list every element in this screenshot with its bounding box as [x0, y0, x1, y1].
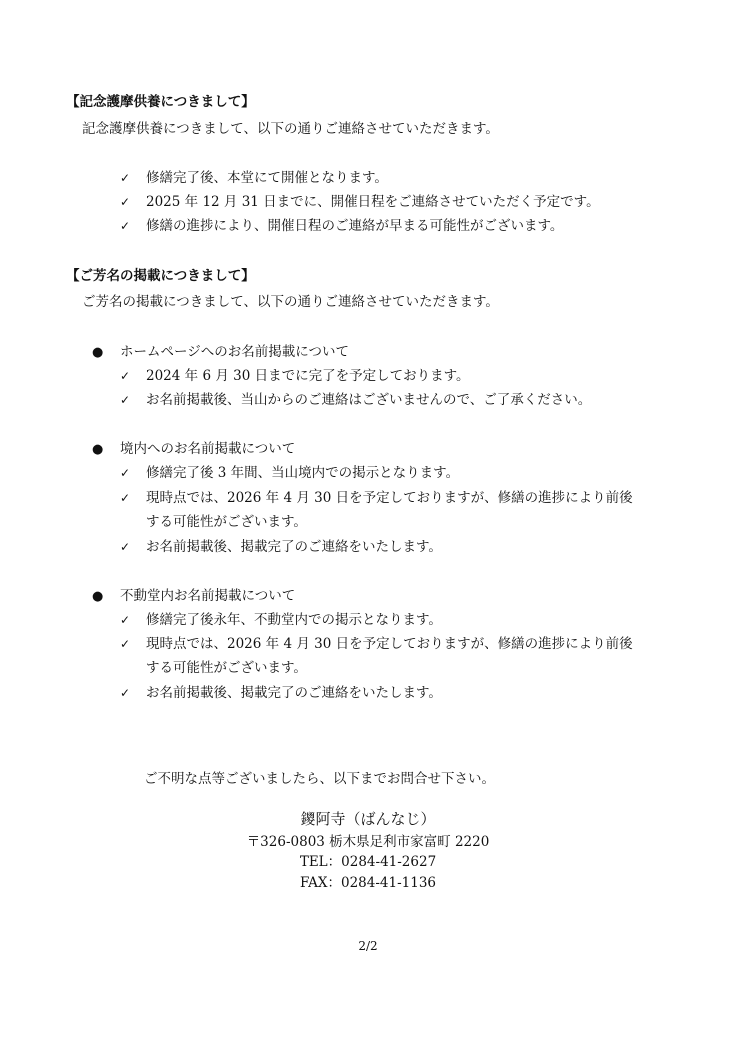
check-item: ✓修繕完了後、本堂にて開催となります。 — [120, 172, 388, 186]
check-item-continuation: する可能性がございます。 — [146, 516, 307, 530]
check-icon: ✓ — [120, 492, 146, 504]
section-heading-memorial-service: 【記念護摩供養につきまして】 — [66, 96, 255, 110]
check-item: ✓修繕の進捗により、開催日程のご連絡が早まる可能性がございます。 — [120, 220, 563, 234]
section-intro: ご芳名の掲載につきまして、以下の通りご連絡させていただきます。 — [82, 296, 499, 310]
check-item: ✓修繕完了後 3 年間、当山境内での掲示となります。 — [120, 467, 459, 481]
check-icon: ✓ — [120, 172, 146, 184]
bullet-icon: ● — [92, 346, 120, 359]
check-icon: ✓ — [120, 394, 146, 406]
document-page: 【記念護摩供養につきまして】 記念護摩供養につきまして、以下の通りご連絡させてい… — [0, 0, 736, 1041]
check-item: ✓お名前掲載後、当山からのご連絡はございませんので、ご了承ください。 — [120, 394, 591, 408]
check-icon: ✓ — [120, 541, 146, 553]
check-icon: ✓ — [120, 638, 146, 650]
contact-lead: ご不明な点等ございましたら、以下までお問合せ下さい。 — [144, 773, 495, 787]
check-icon: ✓ — [120, 196, 146, 208]
bullet-icon: ● — [92, 443, 120, 456]
temple-address: 〒326-0803 栃木県足利市家富町 2220 — [0, 836, 736, 850]
temple-name: 鑁阿寺（ばんなじ） — [0, 812, 736, 827]
check-icon: ✓ — [120, 370, 146, 382]
check-icon: ✓ — [120, 467, 146, 479]
bullet-icon: ● — [92, 590, 120, 603]
check-item: ✓お名前掲載後、掲載完了のご連絡をいたします。 — [120, 687, 442, 701]
check-item-continuation: する可能性がございます。 — [146, 662, 307, 676]
page-number: 2/2 — [0, 940, 736, 952]
check-item: ✓2025 年 12 月 31 日までに、開催日程をご連絡させていただく予定です… — [120, 196, 600, 210]
check-icon: ✓ — [120, 220, 146, 232]
bullet-group-title: ●ホームページへのお名前掲載について — [92, 346, 349, 360]
bullet-group-title: ●境内へのお名前掲載について — [92, 443, 295, 457]
bullet-group-title: ●不動堂内お名前掲載について — [92, 590, 295, 604]
check-item: ✓現時点では、2026 年 4 月 30 日を予定しておりますが、修繕の進捗によ… — [120, 638, 633, 652]
check-item: ✓お名前掲載後、掲載完了のご連絡をいたします。 — [120, 541, 442, 555]
section-heading-name-listing: 【ご芳名の掲載につきまして】 — [66, 270, 255, 284]
check-item: ✓2024 年 6 月 30 日までに完了を予定しております。 — [120, 370, 470, 384]
check-item: ✓修繕完了後永年、不動堂内での掲示となります。 — [120, 614, 442, 628]
temple-fax: FAX：0284-41-1136 — [0, 877, 736, 891]
check-icon: ✓ — [120, 687, 146, 699]
check-icon: ✓ — [120, 614, 146, 626]
temple-tel: TEL：0284-41-2627 — [0, 856, 736, 870]
check-item: ✓現時点では、2026 年 4 月 30 日を予定しておりますが、修繕の進捗によ… — [120, 492, 633, 506]
section-intro: 記念護摩供養につきまして、以下の通りご連絡させていただきます。 — [82, 123, 499, 137]
